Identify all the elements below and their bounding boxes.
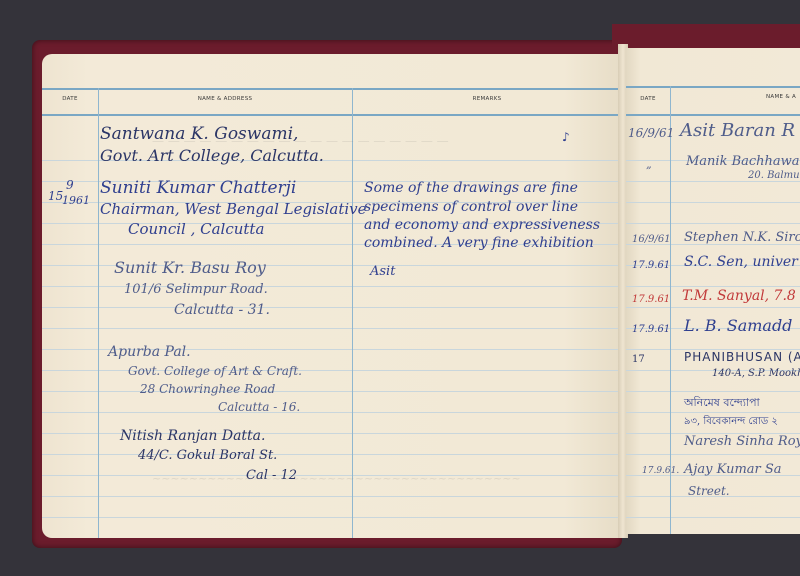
date-column-header: DATE [626,96,670,102]
date-column-rule [98,88,99,538]
guest-name: Apurba Pal. [108,344,191,360]
guest-address: Chairman, West Bengal Legislative [100,200,367,218]
name-column-rule [352,88,353,538]
guest-name: Stephen N.K. Sircar [684,230,800,245]
guest-name: Naresh Sinha Roy [684,434,800,449]
entry-date: 16/9/61 [628,126,674,140]
remark-line: Some of the drawings are fine [364,180,578,196]
guest-name: S.C. Sen, univer [684,254,798,270]
guest-name: Nitish Ranjan Datta. [120,428,265,444]
entry-date: 17.9.61. [642,466,679,476]
guest-name: Santwana K. Goswami, [100,124,298,144]
guest-name: Suniti Kumar Chatterji [100,178,296,198]
name-address-column-header: NAME & A [766,94,800,100]
entry-date: 16/9/61 [632,234,671,245]
remark-line: and economy and expressiveness [364,217,600,233]
entry-date: 17.9.61 [632,324,670,335]
guest-name: L. B. Samadd [684,316,792,335]
guest-address: Calcutta - 16. [218,400,300,414]
remark-line: specimens of control over line [364,199,578,215]
guest-address: Calcutta - 31. [174,302,270,318]
header-bottom-rule [42,114,622,116]
entry-date: 17 [632,354,645,365]
entry-date-year: 1961 [62,194,90,207]
entry-date-day: 15 [48,189,63,203]
remark-signature: Asit [370,264,395,279]
remark-line: combined. A very fine exhibition [364,235,594,251]
guest-address: 140-A, S.P. Mookh [712,368,800,379]
guest-address: Street. [688,484,730,498]
guest-name: Manik Bachhawat [686,154,800,169]
guest-address: 20. Balmuk [748,170,800,181]
guest-name: T.M. Sanyal, 7.8 [682,288,796,304]
guest-address: ৯৩, বিবেকানন্দ রোড ২ [684,414,778,431]
entry-date: „ [646,158,652,171]
guest-address: 44/C. Gokul Boral St. [138,448,277,463]
guest-name: অনিমেষ বন্দ্যোপা [684,394,760,413]
entry-date: 17.9.61 [632,294,670,305]
guest-address: Govt. Art College, Calcutta. [100,146,324,165]
header-top-rule [42,88,622,90]
ink-mark: ♪ [562,130,570,144]
header-top-rule [626,86,800,88]
guest-name: Ajay Kumar Sa [684,462,782,477]
guest-address: Cal - 12 [246,468,297,483]
guest-address: Govt. College of Art & Craft. [128,364,302,378]
remarks-column-header: REMARKS [352,96,622,102]
entry-date: 17.9.61 [632,260,670,271]
guest-address: 101/6 Selimpur Road. [124,282,268,297]
date-column-header: DATE [42,96,98,102]
left-page: DATE NAME & ADDRESS REMARKS — — — — — — … [42,54,622,538]
right-page: DATE NAME & A 16/9/61 Asit Baran R „ Man… [626,48,800,534]
entry-date-month: 9 [66,178,74,192]
guest-name: Asit Baran R [680,120,795,141]
guest-name: PHANIBHUSAN (A [684,350,800,364]
header-bottom-rule [626,114,800,116]
guest-address: Council , Calcutta [128,220,264,238]
name-address-column-header: NAME & ADDRESS [98,96,352,102]
bleed-through-text: ~~~~~~~~~~~~~~~~~~~~~~~~~~~~~~~~~~~~~~~~ [152,472,521,485]
guest-address: 28 Chowringhee Road [140,382,275,396]
guest-name: Sunit Kr. Basu Roy [114,258,266,277]
